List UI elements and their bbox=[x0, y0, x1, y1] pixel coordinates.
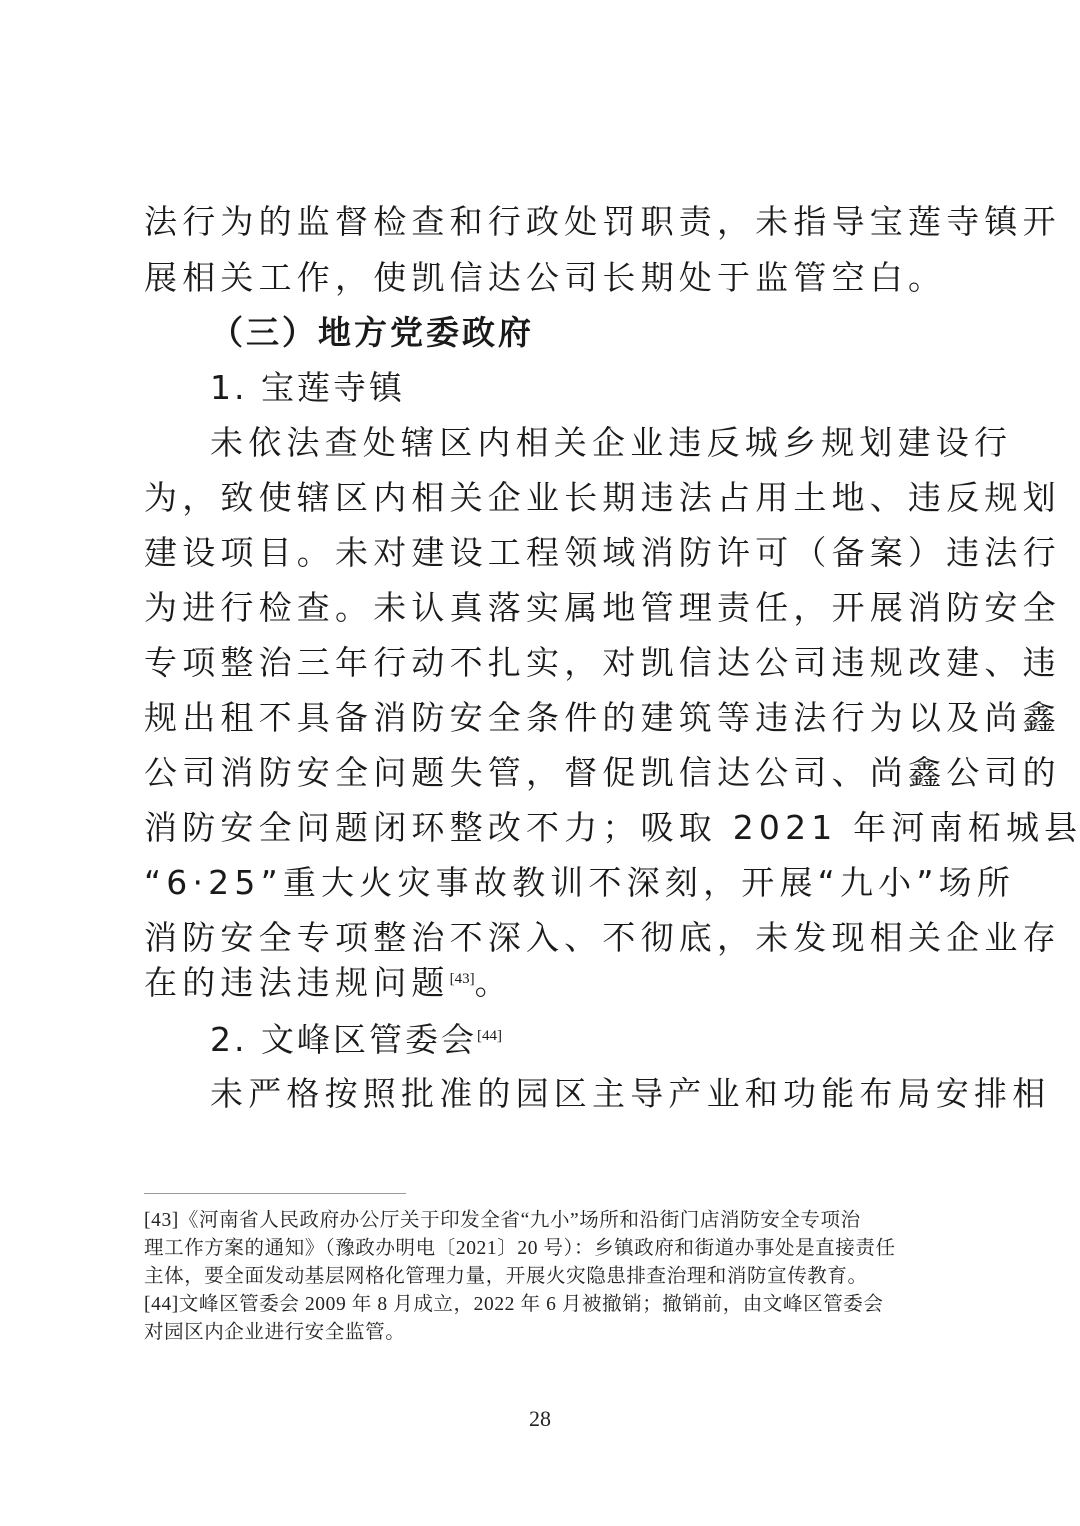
body-line: 消防安全问题闭环整改不力；吸取 2021 年河南柘城县 bbox=[144, 808, 944, 848]
section-heading: （三）地方党委政府 bbox=[210, 313, 1010, 353]
document-page: 法行为的监督检查和行政处罚职责，未指导宝莲寺镇开 展相关工作，使凯信达公司长期处… bbox=[0, 0, 1080, 1526]
body-text: 在的违法违规问题 bbox=[144, 963, 450, 1002]
subsection-title-text: 2. 文峰区管委会 bbox=[210, 1020, 477, 1059]
body-line: 为进行检查。未认真落实属地管理责任，开展消防安全 bbox=[144, 588, 944, 628]
footnote-ref-44[interactable]: [44] bbox=[477, 1028, 502, 1044]
footnote-line: 主体，要全面发动基层网格化管理力量，开展火灾隐患排查治理和消防宣传教育。 bbox=[144, 1264, 944, 1290]
body-line: 未严格按照批准的园区主导产业和功能布局安排相 bbox=[210, 1074, 1010, 1114]
footnote-ref-43[interactable]: [43] bbox=[450, 971, 475, 987]
footnote-line: [44]文峰区管委会 2009 年 8 月成立，2022 年 6 月被撤销；撤销… bbox=[144, 1292, 944, 1318]
footnote-line: 对园区内企业进行安全监管。 bbox=[144, 1320, 944, 1346]
subsection-title: 2. 文峰区管委会[44] bbox=[210, 1020, 1010, 1060]
body-line: 展相关工作，使凯信达公司长期处于监管空白。 bbox=[144, 258, 944, 298]
body-line: “6·25”重大火灾事故教训不深刻，开展“九小”场所 bbox=[144, 863, 944, 903]
body-line: 未依法查处辖区内相关企业违反城乡规划建设行 bbox=[210, 423, 1010, 463]
body-line-with-ref: 在的违法违规问题[43]。 bbox=[144, 963, 944, 1003]
body-line: 建设项目。未对建设工程领域消防许可（备案）违法行 bbox=[144, 533, 944, 573]
body-line: 法行为的监督检查和行政处罚职责，未指导宝莲寺镇开 bbox=[144, 202, 944, 242]
body-line: 专项整治三年行动不扎实，对凯信达公司违规改建、违 bbox=[144, 643, 944, 683]
footnote-line: 理工作方案的通知》（豫政办明电〔2021〕20 号）：乡镇政府和街道办事处是直接… bbox=[144, 1236, 944, 1262]
body-line: 规出租不具备消防安全条件的建筑等违法行为以及尚鑫 bbox=[144, 698, 944, 738]
body-line: 为，致使辖区内相关企业长期违法占用土地、违反规划 bbox=[144, 478, 944, 518]
subsection-title: 1. 宝莲寺镇 bbox=[210, 368, 1010, 408]
page-number: 28 bbox=[0, 1406, 1080, 1432]
footnote-line: [43]《河南省人民政府办公厅关于印发全省“九小”场所和沿街门店消防安全专项治 bbox=[144, 1208, 944, 1234]
sentence-end: 。 bbox=[475, 963, 513, 1002]
body-line: 消防安全专项整治不深入、不彻底，未发现相关企业存 bbox=[144, 918, 944, 958]
footnote-divider bbox=[144, 1193, 406, 1194]
body-line: 公司消防安全问题失管，督促凯信达公司、尚鑫公司的 bbox=[144, 753, 944, 793]
